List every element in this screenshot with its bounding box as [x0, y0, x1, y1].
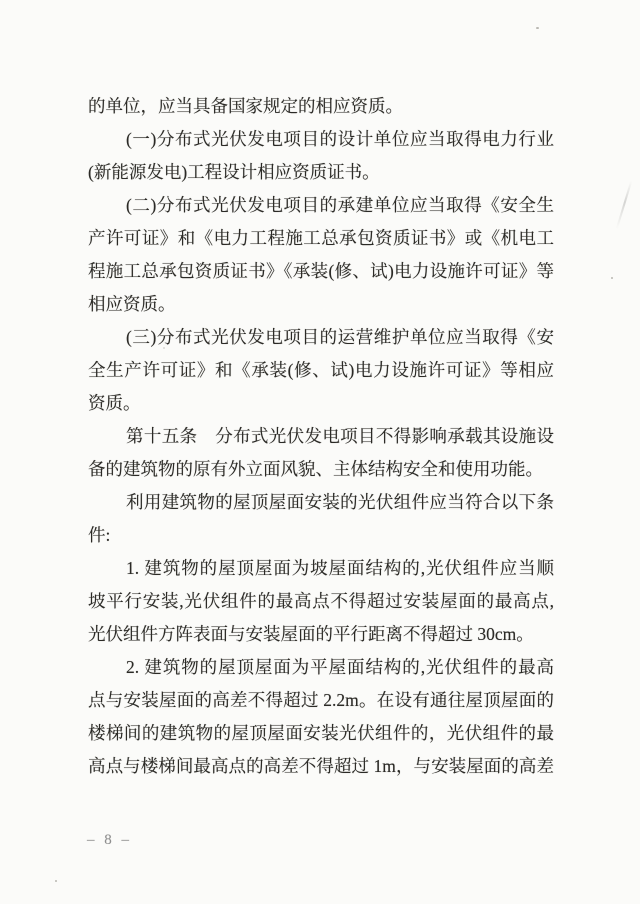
text-line: 利用建筑物的屋顶屋面安装的光伏组件应当符合以下条: [88, 486, 554, 519]
text-line: 坡平行安装,光伏组件的最高点不得超过安装屋面的最高点,: [88, 585, 554, 618]
paragraph: 1. 建筑物的屋顶屋面为坡屋面结构的,光伏组件应当顺坡平行安装,光伏组件的最高点…: [88, 552, 554, 651]
document-body: 的单位，应当具备国家规定的相应资质。(一)分布式光伏发电项目的设计单位应当取得电…: [88, 90, 554, 783]
footer-page-number: – 8 –: [87, 831, 132, 849]
text-line: 产许可证》和《电力工程施工总承包资质证书》或《机电工: [88, 222, 554, 255]
text-line: 全生产许可证》和《承装(修、试)电力设施许可证》等相应: [88, 354, 554, 387]
paragraph: 利用建筑物的屋顶屋面安装的光伏组件应当符合以下条件:: [88, 486, 554, 552]
text-line: 光伏组件方阵表面与安装屋面的平行距离不得超过 30cm。: [88, 618, 554, 651]
text-line: 楼梯间的建筑物的屋顶屋面安装光伏组件的，光伏组件的最: [88, 717, 554, 750]
text-line: 备的建筑物的原有外立面风貌、主体结构安全和使用功能。: [88, 453, 554, 486]
text-line: (新能源发电)工程设计相应资质证书。: [88, 156, 554, 189]
text-line: 2. 建筑物的屋顶屋面为平屋面结构的,光伏组件的最高: [88, 651, 554, 684]
scan-speck: [536, 27, 539, 29]
scan-speck: [611, 277, 613, 279]
text-line: 相应资质。: [88, 288, 554, 321]
text-line: 的单位，应当具备国家规定的相应资质。: [88, 90, 554, 123]
paragraph: 2. 建筑物的屋顶屋面为平屋面结构的,光伏组件的最高点与安装屋面的高差不得超过 …: [88, 651, 554, 783]
paragraph: (三)分布式光伏发电项目的运营维护单位应当取得《安全生产许可证》和《承装(修、试…: [88, 321, 554, 420]
text-line: 资质。: [88, 387, 554, 420]
text-line: (三)分布式光伏发电项目的运营维护单位应当取得《安: [88, 321, 554, 354]
text-line: 程施工总承包资质证书》《承装(修、试)电力设施许可证》等: [88, 255, 554, 288]
text-line: 件:: [88, 519, 554, 552]
scan-speck: [55, 880, 57, 882]
paragraph: 第十五条 分布式光伏发电项目不得影响承载其设施设备的建筑物的原有外立面风貌、主体…: [88, 420, 554, 486]
text-line: 1. 建筑物的屋顶屋面为坡屋面结构的,光伏组件应当顺: [88, 552, 554, 585]
paragraph: (一)分布式光伏发电项目的设计单位应当取得电力行业(新能源发电)工程设计相应资质…: [88, 123, 554, 189]
text-line: 点与安装屋面的高差不得超过 2.2m。在设有通往屋顶屋面的: [88, 684, 554, 717]
text-line: 第十五条 分布式光伏发电项目不得影响承载其设施设: [88, 420, 554, 453]
scan-speck: [163, 347, 165, 349]
paragraph: (二)分布式光伏发电项目的承建单位应当取得《安全生产许可证》和《电力工程施工总承…: [88, 189, 554, 321]
text-line: 高点与楼梯间最高点的高差不得超过 1m，与安装屋面的高差: [88, 750, 554, 783]
scanned-document-page: 的单位，应当具备国家规定的相应资质。(一)分布式光伏发电项目的设计单位应当取得电…: [0, 0, 640, 904]
paragraph: 的单位，应当具备国家规定的相应资质。: [88, 90, 554, 123]
scan-scratch: [616, 181, 633, 229]
text-line: (一)分布式光伏发电项目的设计单位应当取得电力行业: [88, 123, 554, 156]
text-line: (二)分布式光伏发电项目的承建单位应当取得《安全生: [88, 189, 554, 222]
